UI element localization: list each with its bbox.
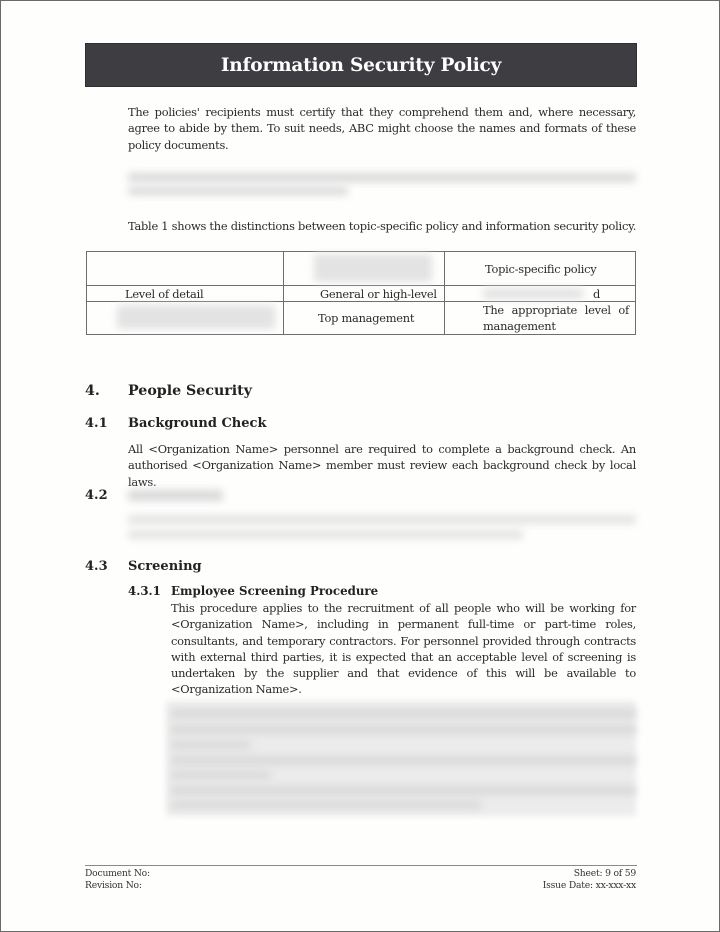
redacted-paragraph-line [171, 725, 636, 734]
redacted-paragraph-line [128, 515, 636, 524]
section-4-3-number: 4.3 [85, 559, 108, 574]
redacted-paragraph-line [171, 741, 251, 749]
table-cell: The appropriate level of management [445, 302, 636, 335]
table-row: Level of detail General or high-level d [87, 286, 636, 302]
document-title-banner: Information Security Policy [85, 43, 637, 87]
comparison-table: Topic-specific policy Level of detail Ge… [86, 251, 636, 335]
intro-paragraph: The policies' recipients must certify th… [128, 104, 636, 153]
redacted-paragraph-line [171, 786, 636, 795]
section-4-3-1-title: Employee Screening Procedure [171, 584, 378, 598]
section-4-3-1-number: 4.3.1 [128, 584, 161, 598]
table-row: Top management The appropriate level of … [87, 302, 636, 335]
table-header-row: Topic-specific policy [87, 252, 636, 286]
redacted-cell-suffix: d [593, 287, 600, 301]
table-header-cell [284, 252, 445, 286]
section-4-3-1-body: This procedure applies to the recruitmen… [171, 600, 636, 698]
section-4-3-title: Screening [128, 559, 202, 574]
redacted-paragraph-line [128, 530, 523, 539]
section-4-title: People Security [128, 383, 252, 399]
table-cell: d [445, 286, 636, 302]
table-header-cell: Topic-specific policy [445, 252, 636, 286]
redacted-paragraph-line [171, 771, 271, 779]
footer-revision-no: Revision No: [85, 880, 142, 891]
document-title: Information Security Policy [221, 55, 501, 76]
section-4-number: 4. [85, 383, 100, 399]
table-header-cell [87, 252, 284, 286]
table-cell [87, 302, 284, 335]
redacted-paragraph-line [128, 187, 348, 195]
section-4-1-number: 4.1 [85, 416, 108, 431]
table-cell: Level of detail [87, 286, 284, 302]
document-page: Information Security Policy The policies… [0, 0, 720, 932]
section-4-1-title: Background Check [128, 416, 266, 431]
redacted-cell [117, 305, 275, 329]
footer-divider [85, 865, 637, 866]
redacted-section-title [128, 490, 223, 501]
redacted-paragraph-line [171, 801, 481, 809]
table-cell: General or high-level [284, 286, 445, 302]
table-cell: Top management [284, 302, 445, 335]
redacted-cell [483, 288, 583, 299]
section-4-2-number: 4.2 [85, 488, 108, 503]
footer-sheet: Sheet: 9 of 59 [574, 868, 636, 879]
footer-document-no: Document No: [85, 868, 150, 879]
table-intro: Table 1 shows the distinctions between t… [128, 218, 648, 234]
section-4-1-body: All <Organization Name> personnel are re… [128, 441, 636, 490]
footer-issue-date: Issue Date: xx-xxx-xx [543, 880, 636, 891]
redacted-paragraph-line [128, 173, 636, 182]
redacted-paragraph-line [171, 756, 636, 765]
redacted-header [314, 254, 432, 282]
redacted-paragraph-line [171, 709, 636, 718]
